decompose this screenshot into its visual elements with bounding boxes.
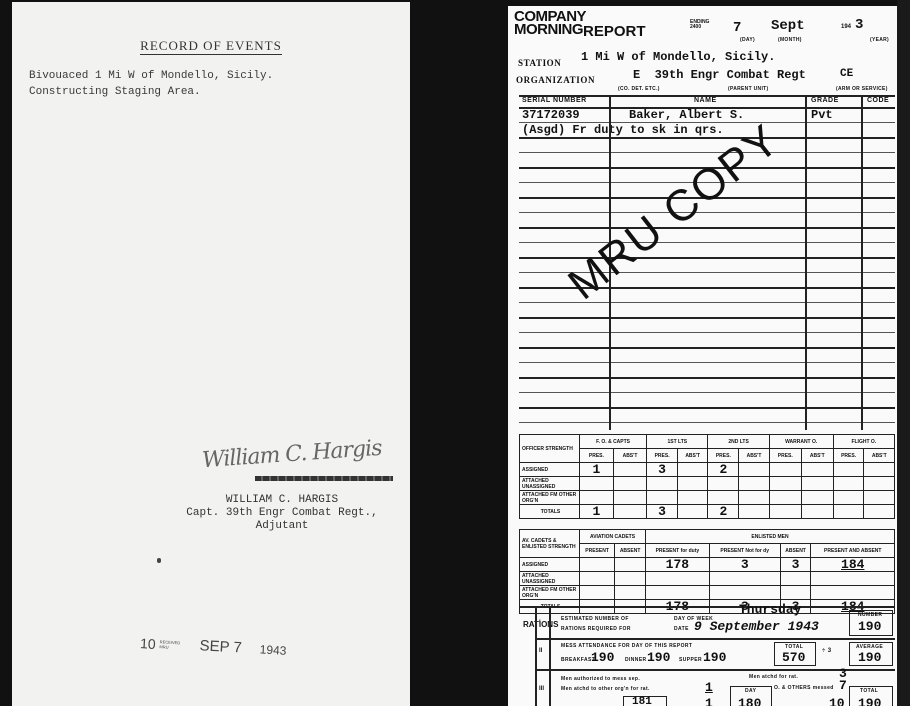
row-label: ASSIGNED [520, 463, 580, 477]
station-label: STATION [518, 58, 561, 68]
org-sublabel-co: (CO. DET. ETC.) [618, 86, 660, 92]
title-text: RECORD OF EVENTS [140, 38, 282, 55]
cell: 2 [708, 463, 739, 477]
cell [864, 463, 895, 477]
month-label: (MONTH) [778, 37, 802, 43]
day-box: DAY 180 [730, 686, 772, 706]
stamp-number: 10 [140, 635, 156, 652]
sub-pres: PRES. [769, 449, 801, 463]
col-name: NAME [694, 97, 717, 104]
sub-abst: ABS'T [739, 449, 769, 463]
officer-group: 2ND LTS [708, 435, 769, 449]
rations-side-label: RATIONS [523, 618, 531, 631]
roster-name: Baker, Albert S. [629, 108, 744, 122]
men-atchd-other-label: Men atchd to other org'n for rat. [561, 686, 650, 692]
report-month: Sept [771, 18, 805, 34]
rations-section: RATIONS I ESTIMATED NUMBER OF RATIONS RE… [519, 606, 895, 706]
enlisted-row-assigned: ASSIGNED 178 3 3 184 [520, 558, 895, 572]
day-box-value: 180 [738, 696, 761, 706]
officers-others-value: 7 [839, 678, 847, 693]
signature-strikeout-line [255, 476, 393, 481]
cell [613, 463, 646, 477]
sub-header: PRESENT Not for dy [709, 544, 780, 558]
org-sublabel-parent: (PARENT UNIT) [728, 86, 768, 92]
roster-serial: 37172039 [522, 108, 580, 122]
supper-value: 190 [703, 650, 726, 665]
year-label: (YEAR) [870, 37, 889, 43]
cell [580, 558, 615, 572]
left-box-value: 181 [632, 696, 652, 706]
sub-header: ABSENT [615, 544, 646, 558]
company-morning-report-form: COMPANY MORNING REPORT ENDING 2400 7 (DA… [508, 6, 897, 706]
cell [739, 463, 769, 477]
officers-others-label: O. & OTHERS messed [774, 685, 834, 691]
officer-group: F. O. & CAPTS [580, 435, 647, 449]
signer-name: WILLIAM C. HARGIS [167, 494, 397, 507]
section-iii-total-value: 190 [858, 696, 881, 706]
event-line: Bivouaced 1 Mi W of Mondello, Sicily. [29, 68, 273, 84]
record-of-events-page: RECORD OF EVENTS Bivouaced 1 Mi W of Mon… [12, 2, 410, 706]
stamp-year: 1943 [259, 642, 286, 657]
roster-grade: Pvt [811, 108, 833, 122]
col-code: CODE [867, 97, 889, 104]
breakfast-value: 190 [591, 650, 614, 665]
form-title: COMPANY MORNING [514, 10, 586, 36]
cell [769, 505, 801, 519]
title-line-2: MORNING [514, 23, 586, 36]
cell [864, 505, 895, 519]
right-border [897, 0, 910, 706]
col-grade: GRADE [811, 97, 839, 104]
cell: 178 [646, 558, 710, 572]
ration-date-value: 9 September 1943 [694, 619, 819, 634]
day-of-week-value: Thursday [739, 602, 801, 617]
section-i-label: I [539, 620, 541, 626]
ration-number-value: 190 [858, 619, 881, 634]
estimated-label-1: ESTIMATED NUMBER OF [561, 616, 629, 622]
average-box: AVERAGE 190 [849, 642, 893, 666]
officer-row-totals: TOTALS 1 3 2 [520, 505, 895, 519]
row-label: ATTACHED FM OTHER ORG'N [520, 491, 580, 505]
organization-label: ORGANIZATION [516, 75, 595, 85]
cell: 3 [709, 558, 780, 572]
cell [615, 558, 646, 572]
cell [678, 463, 708, 477]
section-iii-label: III [539, 686, 544, 692]
row-label: ATTACHED FM OTHER ORG'N [520, 586, 580, 600]
row-label: ASSIGNED [520, 558, 580, 572]
cell [801, 505, 833, 519]
org-company: E [633, 68, 640, 82]
sub-abst: ABS'T [801, 449, 833, 463]
sub-header: PRESENT for duty [646, 544, 710, 558]
record-of-events-title: RECORD OF EVENTS [12, 38, 410, 54]
cell: 184 [811, 558, 895, 572]
total-label: TOTAL [860, 688, 878, 694]
men-authorized-label: Men authorized to mess sep. [561, 676, 640, 682]
year-prefix: 194 [841, 24, 851, 30]
org-parent-unit: 39th Engr Combat Regt [655, 68, 806, 82]
signer-title: Capt. 39th Engr Combat Regt., [167, 507, 397, 520]
dinner-value: 190 [647, 650, 670, 665]
received-stamp: 10 RECEIVED MRU SEP 7 1943 [140, 634, 287, 659]
day-label: (DAY) [740, 37, 755, 43]
sub-pres: PRES. [647, 449, 678, 463]
organization-value: E 39th Engr Combat Regt [633, 68, 806, 82]
enlisted-row-attached-unassigned: ATTACHED UNASSIGNED [520, 572, 895, 586]
title-report: REPORT [583, 23, 646, 40]
sub-pres: PRES. [580, 449, 614, 463]
group-enlisted-men: ENLISTED MEN [646, 530, 895, 544]
report-year: 3 [855, 17, 863, 33]
divide-by-three: ÷ 3 [822, 648, 832, 654]
section-iii-value-1: 1 [705, 680, 713, 695]
org-arm-service: CE [840, 68, 853, 80]
cell [739, 505, 769, 519]
men-atchd-for-rat-label: Men atchd for rat. [749, 674, 798, 680]
row-label: ATTACHED UNASSIGNED [520, 572, 580, 586]
col-serial-number: SERIAL NUMBER [522, 97, 587, 104]
cell: 2 [708, 505, 739, 519]
section-iii-left-box: 181 [623, 696, 667, 706]
stamp-label: RECEIVED MRU [159, 639, 181, 650]
cell: 1 [580, 463, 614, 477]
enlisted-strength-table: AV. CADETS & ENLISTED STRENGTH AVIATION … [519, 529, 895, 614]
roster-remark: (Asgd) Fr duty to sk in qrs. [522, 123, 724, 137]
average-value: 190 [858, 650, 881, 665]
estimated-label-2: RATIONS REQUIRED FOR [561, 626, 631, 632]
events-list: Bivouaced 1 Mi W of Mondello, Sicily. Co… [29, 68, 273, 100]
mess-total-value: 570 [782, 650, 805, 665]
section-ii-label: II [539, 648, 542, 654]
cell [833, 463, 864, 477]
cell [833, 505, 864, 519]
cell: 3 [647, 463, 678, 477]
day-box-label: DAY [745, 688, 756, 694]
enlisted-row-attached-other: ATTACHED FM OTHER ORG'N [520, 586, 895, 600]
cell [678, 505, 708, 519]
cell: 3 [647, 505, 678, 519]
date-label: DATE [674, 626, 689, 632]
cell [613, 505, 646, 519]
officer-group: WARRANT O. [769, 435, 833, 449]
officer-group: FLIGHT O. [833, 435, 894, 449]
section-iii-right-value: 10 [829, 696, 845, 706]
org-sublabel-arm: (ARM OR SERVICE) [836, 86, 888, 92]
officer-strength-table: OFFICER STRENGTH F. O. & CAPTS 1ST LTS 2… [519, 434, 895, 519]
sub-pres: PRES. [833, 449, 864, 463]
ration-number-box: NUMBER 190 [849, 610, 893, 636]
ink-dot [157, 558, 161, 563]
section-iii-total-box: TOTAL 190 [849, 686, 893, 706]
sub-header: ABSENT [780, 544, 811, 558]
report-day: 7 [733, 20, 741, 36]
event-line: Constructing Staging Area. [29, 84, 273, 100]
mess-total-box: TOTAL 570 [774, 642, 816, 666]
stamp-date: SEP 7 [199, 637, 242, 656]
officer-group: 1ST LTS [647, 435, 708, 449]
sub-header: PRESENT [580, 544, 615, 558]
cell [769, 463, 801, 477]
officer-row-assigned: ASSIGNED 1 3 2 [520, 463, 895, 477]
cell: 3 [780, 558, 811, 572]
row-label: ATTACHED UNASSIGNED [520, 477, 580, 491]
signer-role: Adjutant [167, 520, 397, 533]
sub-abst: ABS'T [613, 449, 646, 463]
sub-pres: PRES. [708, 449, 739, 463]
officer-strength-title: OFFICER STRENGTH [520, 435, 580, 463]
section-iii-value-2: 1 [705, 696, 713, 706]
cell: 1 [580, 505, 614, 519]
sub-header: PRESENT AND ABSENT [811, 544, 895, 558]
number-label: NUMBER [858, 612, 882, 618]
sub-abst: ABS'T [864, 449, 895, 463]
ending-label: ENDING 2400 [690, 20, 714, 30]
sub-abst: ABS'T [678, 449, 708, 463]
signature-block: WILLIAM C. HARGIS Capt. 39th Engr Combat… [167, 494, 397, 533]
row-label: TOTALS [520, 505, 580, 519]
cell [801, 463, 833, 477]
supper-label: SUPPER [679, 657, 702, 663]
officer-row-attached-unassigned: ATTACHED UNASSIGNED [520, 477, 895, 491]
dinner-label: DINNER [625, 657, 647, 663]
mess-attendance-label: MESS ATTENDANCE FOR DAY OF THIS REPORT [561, 643, 692, 649]
officer-row-attached-other: ATTACHED FM OTHER ORG'N [520, 491, 895, 505]
station-value: 1 Mi W of Mondello, Sicily. [581, 50, 775, 64]
handwritten-signature: William C. Hargis [201, 436, 382, 473]
enlisted-strength-title: AV. CADETS & ENLISTED STRENGTH [520, 530, 580, 558]
group-aviation-cadets: AVIATION CADETS [580, 530, 646, 544]
